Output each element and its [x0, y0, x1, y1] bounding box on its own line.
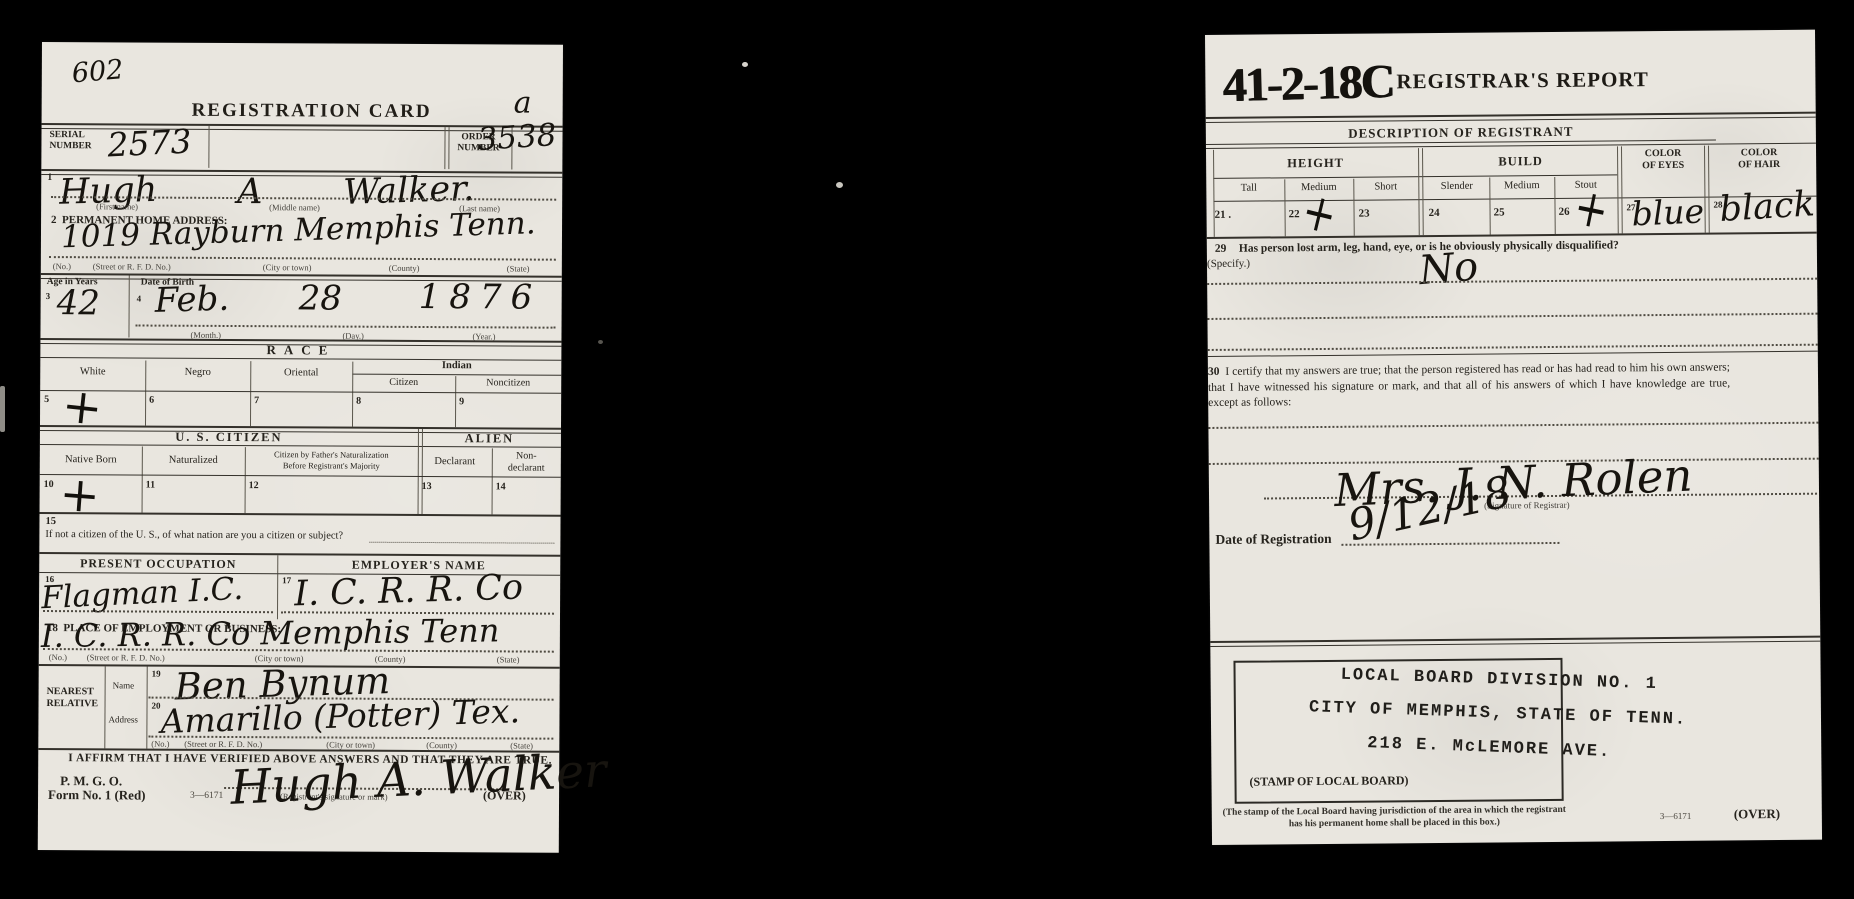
- q30-number: 30: [1208, 366, 1220, 378]
- q15-text: If not a citizen of the U. S., of what n…: [45, 529, 343, 542]
- address-col-city: (City or town): [263, 262, 312, 272]
- eyes-header: COLOR OF EYES: [1622, 148, 1704, 173]
- race-cell-5: 5: [44, 394, 49, 405]
- eyes-header-line2: OF EYES: [1642, 160, 1684, 171]
- vertical-divider: [352, 362, 353, 427]
- dotted-line: [1208, 344, 1818, 351]
- dotted-line: [49, 256, 556, 261]
- tall-label: Tall: [1213, 182, 1284, 194]
- vertical-divider: [277, 555, 278, 619]
- alien-header: ALIEN: [418, 431, 561, 447]
- race-col-noncitizen: Noncitizen: [455, 377, 561, 389]
- q17-number: 17: [282, 575, 291, 585]
- dotted-line: [136, 324, 556, 328]
- serial-label-line2: NUMBER: [49, 141, 91, 151]
- nearest-label-line2: RELATIVE: [47, 698, 99, 709]
- address-col-no: (No.): [53, 261, 71, 271]
- rule: [40, 390, 561, 394]
- employer-value: I. C. R. R. Co: [294, 571, 524, 613]
- vertical-divider: [250, 361, 251, 426]
- hair-header-line1: COLOR: [1741, 147, 1778, 158]
- citizen-cell-12: 12: [249, 480, 259, 491]
- rule: [1208, 351, 1818, 357]
- registrars-report-back: 41-2-18C REGISTRAR'S REPORT DESCRIPTION …: [1205, 30, 1822, 845]
- citizen-cell-13: 13: [422, 481, 432, 492]
- vertical-divider: [1418, 148, 1424, 235]
- citizen-col-nondeclarant: Non- declarant: [492, 450, 561, 474]
- father-line1: Citizen by Father's Naturalization: [274, 449, 389, 460]
- vertical-divider: [1617, 146, 1623, 233]
- race-cell-7: 7: [254, 395, 259, 406]
- dob-day: 28: [299, 281, 342, 315]
- q18-col-state: (State): [497, 654, 520, 664]
- eyes-value: blue: [1631, 194, 1705, 230]
- first-name-label: (First name): [96, 201, 138, 211]
- race-cell-9: 9: [459, 396, 464, 407]
- dob-year: 1876: [419, 280, 542, 315]
- native-born-mark: +: [58, 475, 101, 516]
- q30-text: I certify that my answers are true; that…: [1208, 361, 1730, 409]
- date-of-registration-label: Date of Registration: [1215, 531, 1331, 548]
- q2-number: 2: [51, 214, 57, 226]
- q29-number: 29: [1215, 243, 1227, 255]
- race-col-oriental: Oriental: [250, 367, 352, 379]
- father-line2: Before Registrant's Majority: [283, 460, 380, 471]
- report-title: REGISTRAR'S REPORT: [1396, 67, 1649, 94]
- scan-edge-artifact: [0, 386, 5, 432]
- card-title: REGISTRATION CARD: [102, 99, 522, 123]
- eyes-header-line1: COLOR: [1645, 148, 1682, 159]
- dob-month: Feb.: [154, 282, 229, 318]
- cell-24: 24: [1429, 207, 1440, 219]
- citizen-cell-10: 10: [44, 479, 54, 490]
- print-code: 3—6171: [190, 791, 223, 801]
- q19-number: 19: [152, 669, 161, 679]
- citizen-cell-11: 11: [146, 480, 156, 491]
- vertical-divider: [245, 447, 246, 513]
- relative-col-city: (City or town): [326, 739, 375, 749]
- vertical-divider: [1704, 146, 1710, 233]
- name-last: Walker.: [343, 172, 475, 211]
- q1-number: 1: [47, 172, 52, 183]
- scanned-draft-card-page: 602 REGISTRATION CARD SERIAL NUMBER 2573…: [0, 0, 1854, 899]
- hair-header: COLOR OF HAIR: [1709, 147, 1809, 172]
- dotted-line: [1207, 278, 1817, 285]
- medium-build-label: Medium: [1489, 180, 1554, 192]
- relative-name-label: Name: [113, 680, 135, 690]
- race-white-mark: +: [60, 386, 104, 429]
- relative-address-value: Amarillo (Potter) Tex.: [160, 694, 520, 738]
- q3-number: 3: [46, 291, 51, 301]
- citizen-col-native: Native Born: [40, 454, 142, 466]
- short-label: Short: [1353, 181, 1418, 193]
- cell-25: 25: [1494, 206, 1505, 218]
- order-number-letter: a: [514, 88, 532, 118]
- height-header: HEIGHT: [1213, 155, 1418, 172]
- dotted-line: [1208, 422, 1818, 429]
- nearest-relative-label: NEAREST RELATIVE: [47, 686, 99, 710]
- vertical-divider: [142, 447, 143, 513]
- board-stamp-number: 41-2-18C: [1222, 54, 1394, 113]
- cell-21: 21 .: [1215, 209, 1232, 221]
- dotted-line: [369, 542, 554, 544]
- address-col-street: (Street or R. F. D. No.): [93, 261, 171, 271]
- scan-speck: [598, 340, 603, 344]
- relative-address-label: Address: [108, 714, 138, 724]
- stout-mark: +: [1571, 186, 1612, 233]
- rule: [40, 474, 561, 478]
- vertical-divider: [128, 275, 129, 337]
- cell-23: 23: [1359, 208, 1370, 220]
- race-col-citizen: Citizen: [352, 377, 455, 389]
- over-label: (OVER): [1734, 806, 1780, 822]
- citizen-col-naturalized: Naturalized: [142, 455, 245, 467]
- stamp-caption: (STAMP OF LOCAL BOARD): [1249, 773, 1408, 789]
- occupation-value: Flagman I.C.: [40, 574, 243, 614]
- address-col-county: (County): [389, 263, 420, 273]
- serial-number-value: 2573: [107, 125, 192, 162]
- race-col-negro: Negro: [145, 367, 250, 379]
- name-middle: A: [237, 175, 262, 210]
- rule: [40, 512, 561, 517]
- race-cell-8: 8: [356, 396, 361, 407]
- order-number-value: 3538: [477, 120, 558, 156]
- scan-speck: [742, 62, 748, 67]
- cell-26: 26: [1559, 206, 1570, 218]
- form-number-label: Form No. 1 (Red): [48, 787, 146, 804]
- stamp-footnote: (The stamp of the Local Board having jur…: [1222, 804, 1567, 831]
- nondeclarant-line1: Non-: [516, 450, 537, 461]
- vertical-divider: [455, 376, 456, 427]
- nearest-label-line1: NEAREST: [47, 686, 94, 697]
- medium-height-mark: +: [1298, 190, 1340, 238]
- nondeclarant-line2: declarant: [508, 462, 545, 473]
- q4-number: 4: [137, 293, 142, 303]
- vertical-divider: [492, 448, 493, 514]
- relative-col-county: (County): [426, 740, 457, 750]
- vertical-divider: [418, 429, 423, 514]
- race-col-indian: Indian: [352, 360, 561, 372]
- vertical-divider: [145, 361, 146, 426]
- citizen-cell-14: 14: [496, 481, 506, 492]
- vertical-divider: [208, 126, 209, 168]
- age-value: 42: [57, 286, 100, 320]
- vertical-divider: [104, 666, 105, 748]
- slender-label: Slender: [1424, 181, 1489, 193]
- rule: [1206, 112, 1816, 123]
- q29-specify-label: (Specify.): [1207, 258, 1250, 270]
- address-col-state: (State): [507, 263, 530, 273]
- citizen-col-declarant: Declarant: [418, 456, 492, 467]
- q15-number: 15: [45, 516, 56, 527]
- serial-number-label: SERIAL NUMBER: [49, 130, 91, 152]
- registration-card-front: 602 REGISTRATION CARD SERIAL NUMBER 2573…: [38, 42, 563, 853]
- build-header: BUILD: [1424, 153, 1617, 170]
- citizen-col-father: Citizen by Father's Naturalization Befor…: [245, 449, 418, 472]
- relative-col-street: (Street or R. F. D. No.): [184, 739, 262, 749]
- handwritten-page-number: 602: [71, 56, 125, 87]
- hair-header-line2: OF HAIR: [1738, 159, 1780, 170]
- q18-value: I. C. R. R. Co Memphis Tenn: [41, 614, 500, 652]
- q30-certification: 30 I certify that my answers are true; t…: [1208, 360, 1730, 411]
- q29-answer: No: [1418, 247, 1480, 292]
- rule: [1210, 636, 1820, 647]
- rule: [1213, 174, 1617, 179]
- race-col-white: White: [40, 366, 145, 378]
- relative-col-no: (No.): [151, 739, 169, 749]
- serial-label-line1: SERIAL: [49, 130, 84, 140]
- rule: [352, 374, 561, 376]
- race-cell-6: 6: [149, 395, 154, 406]
- hair-value: black: [1719, 187, 1816, 228]
- scan-speck: [836, 182, 843, 188]
- dotted-line: [1207, 313, 1817, 320]
- print-code: 3—6171: [1660, 811, 1692, 821]
- cell-22: 22: [1289, 208, 1300, 220]
